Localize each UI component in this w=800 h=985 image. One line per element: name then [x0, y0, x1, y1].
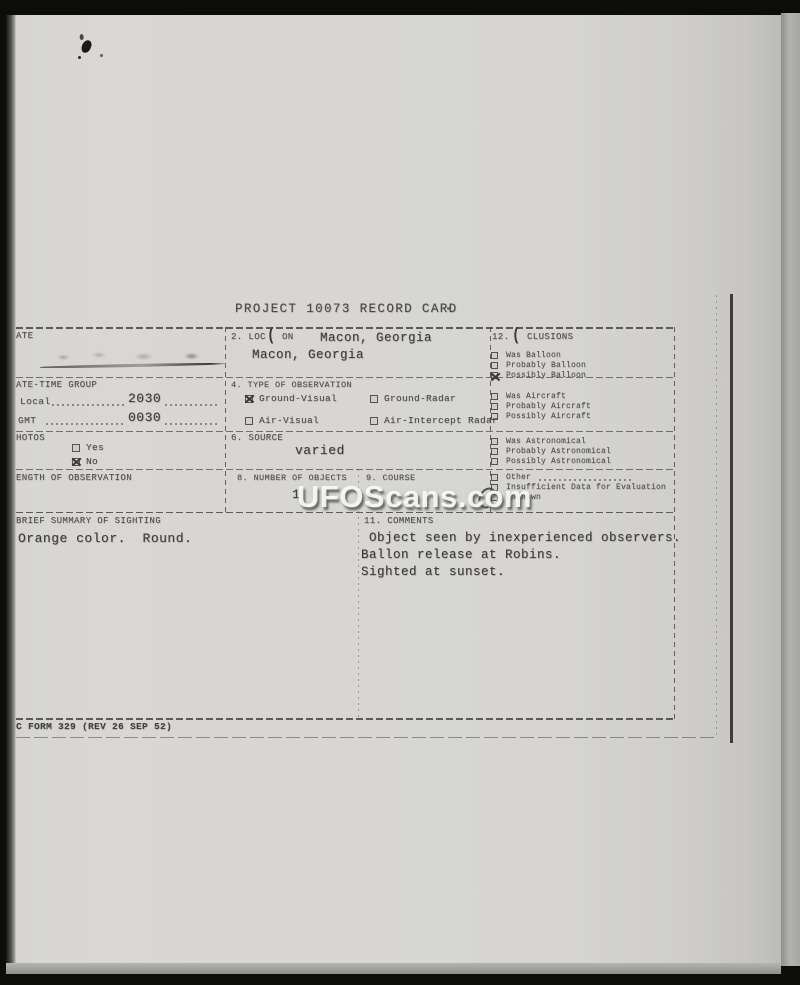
- form-number: C FORM 329 (REV 26 SEP 52): [16, 721, 172, 732]
- ink-speck: [100, 54, 103, 57]
- option-ground-radar: Ground-Radar: [370, 393, 456, 404]
- conclusion-row: Probably Balloon: [491, 360, 677, 370]
- checkbox-probably-aircraft: [491, 403, 498, 410]
- location-label-rest: ON: [282, 333, 294, 342]
- conclusion-label: Possibly Astronomical: [506, 457, 611, 466]
- conclusions-aircraft-group: Was Aircraft Probably Aircraft Possibly …: [491, 391, 677, 422]
- photos-label: HOTOS: [16, 434, 45, 443]
- scanned-record-card-page: PROJECT 10073 RECORD CARD ATE 2. LOC ( O…: [0, 0, 800, 985]
- scan-left-shadow: [6, 15, 16, 963]
- location-label: 2. LOC: [231, 333, 266, 342]
- option-ground-visual: Ground-Visual: [245, 393, 337, 404]
- checkbox-probably-balloon: [491, 362, 498, 369]
- conclusion-label: Probably Aircraft: [506, 402, 591, 411]
- checkbox-photos-yes: [72, 444, 80, 452]
- ink-speck: [78, 56, 81, 59]
- option-label: Yes: [86, 442, 104, 453]
- checkbox-was-balloon: [491, 352, 498, 359]
- gmt-time-value: 0030: [128, 411, 161, 426]
- option-label: No: [86, 456, 98, 467]
- comment-line: Ballon release at Robins.: [361, 548, 561, 562]
- checkbox-ground-visual: [245, 395, 253, 403]
- conclusion-row: Probably Astronomical: [491, 446, 677, 456]
- checkbox-air-intercept-radar: [370, 417, 378, 425]
- checkbox-ground-radar: [370, 395, 378, 403]
- conclusion-row: Probably Aircraft: [491, 401, 677, 411]
- date-label: ATE: [16, 332, 33, 341]
- local-time-value: 2030: [128, 392, 161, 407]
- option-photos-yes: Yes: [72, 442, 104, 453]
- watermark: UFOScans.com: [297, 479, 532, 515]
- conclusion-row: Possibly Astronomical: [491, 457, 677, 467]
- conclusion-row: Was Balloon: [491, 350, 677, 360]
- comment-line: Sighted at sunset.: [361, 565, 505, 579]
- card-title: PROJECT 10073 RECORD CARD: [235, 302, 458, 316]
- local-label: Local: [20, 397, 51, 407]
- conclusion-label: Probably Astronomical: [506, 447, 611, 456]
- length-of-observation-label: ENGTH OF OBSERVATION: [16, 474, 132, 483]
- conclusion-label: Possibly Aircraft: [506, 412, 591, 421]
- brief-summary-label: BRIEF SUMMARY OF SIGHTING: [16, 517, 161, 526]
- checkbox-was-astronomical: [491, 438, 498, 445]
- card-bottom-border: [16, 718, 675, 720]
- option-label: Air-Visual: [259, 415, 319, 426]
- checkbox-was-aircraft: [491, 393, 498, 400]
- option-label: Ground-Visual: [259, 393, 337, 404]
- checkbox-possibly-astronomical: [491, 458, 498, 465]
- conclusion-row: Was Astronomical: [491, 436, 677, 446]
- row-divider: [16, 431, 675, 432]
- comments-label: 11. COMMENTS: [364, 517, 434, 526]
- scan-bottom-edge: [6, 963, 781, 974]
- conclusions-astronomical-group: Was Astronomical Probably Astronomical P…: [491, 436, 677, 467]
- type-of-observation-label: 4. TYPE OF OBSERVATION: [231, 381, 352, 390]
- gmt-label: GMT: [18, 416, 36, 426]
- conclusion-label: Was Balloon: [506, 351, 561, 360]
- conclusion-label: Possibly Balloon: [506, 371, 586, 380]
- card-stock-edge: [16, 737, 716, 738]
- column-divider: [225, 327, 226, 513]
- brief-summary-text: Orange color. Round.: [18, 532, 192, 547]
- conclusions-label-rest: CLUSIONS: [527, 333, 573, 342]
- checkbox-photos-no: [72, 458, 80, 466]
- option-label: Air-Intercept Radar: [384, 415, 498, 426]
- conclusions-balloon-group: Was Balloon Probably Balloon Possibly Ba…: [491, 350, 677, 381]
- page-fold-solid-line: [730, 294, 733, 743]
- option-photos-no: No: [72, 456, 98, 467]
- conclusions-label: 12.: [492, 333, 509, 342]
- location-value-line2: Macon, Georgia: [252, 348, 364, 362]
- location-value-line1: Macon, Georgia: [320, 331, 432, 345]
- checkbox-probably-astronomical: [491, 448, 498, 455]
- checkbox-air-visual: [245, 417, 253, 425]
- conclusion-row: Possibly Balloon: [491, 371, 677, 381]
- source-value: varied: [295, 444, 345, 459]
- leader-dots: [52, 404, 125, 406]
- date-faint-smudge: [42, 349, 220, 364]
- option-air-visual: Air-Visual: [245, 415, 319, 426]
- handwritten-paren-mark: (: [267, 326, 275, 346]
- leader-dots: [165, 404, 217, 406]
- conclusion-row: Was Aircraft: [491, 391, 677, 401]
- other-blank-line: [539, 479, 634, 481]
- card-top-border: [16, 327, 675, 329]
- comment-line: Object seen by inexperienced observers.: [369, 531, 681, 545]
- row-divider: [16, 469, 675, 470]
- page-fold-dotted-line: [716, 295, 717, 737]
- conclusion-row: Possibly Aircraft: [491, 412, 677, 422]
- handwritten-paren-mark: (: [512, 326, 520, 346]
- option-label: Ground-Radar: [384, 393, 456, 404]
- conclusion-label: Was Astronomical: [506, 437, 586, 446]
- source-label: 6. SOURCE: [231, 434, 283, 443]
- checkbox-possibly-balloon: [491, 372, 498, 379]
- date-time-group-label: ATE-TIME GROUP: [16, 381, 97, 390]
- leader-dots: [165, 423, 217, 425]
- conclusion-label: Was Aircraft: [506, 392, 566, 401]
- conclusion-label: Probably Balloon: [506, 361, 586, 370]
- option-air-intercept-radar: Air-Intercept Radar: [370, 415, 498, 426]
- leader-dots: [46, 423, 125, 425]
- scan-right-edge: [781, 13, 800, 966]
- card-right-border: [674, 327, 675, 719]
